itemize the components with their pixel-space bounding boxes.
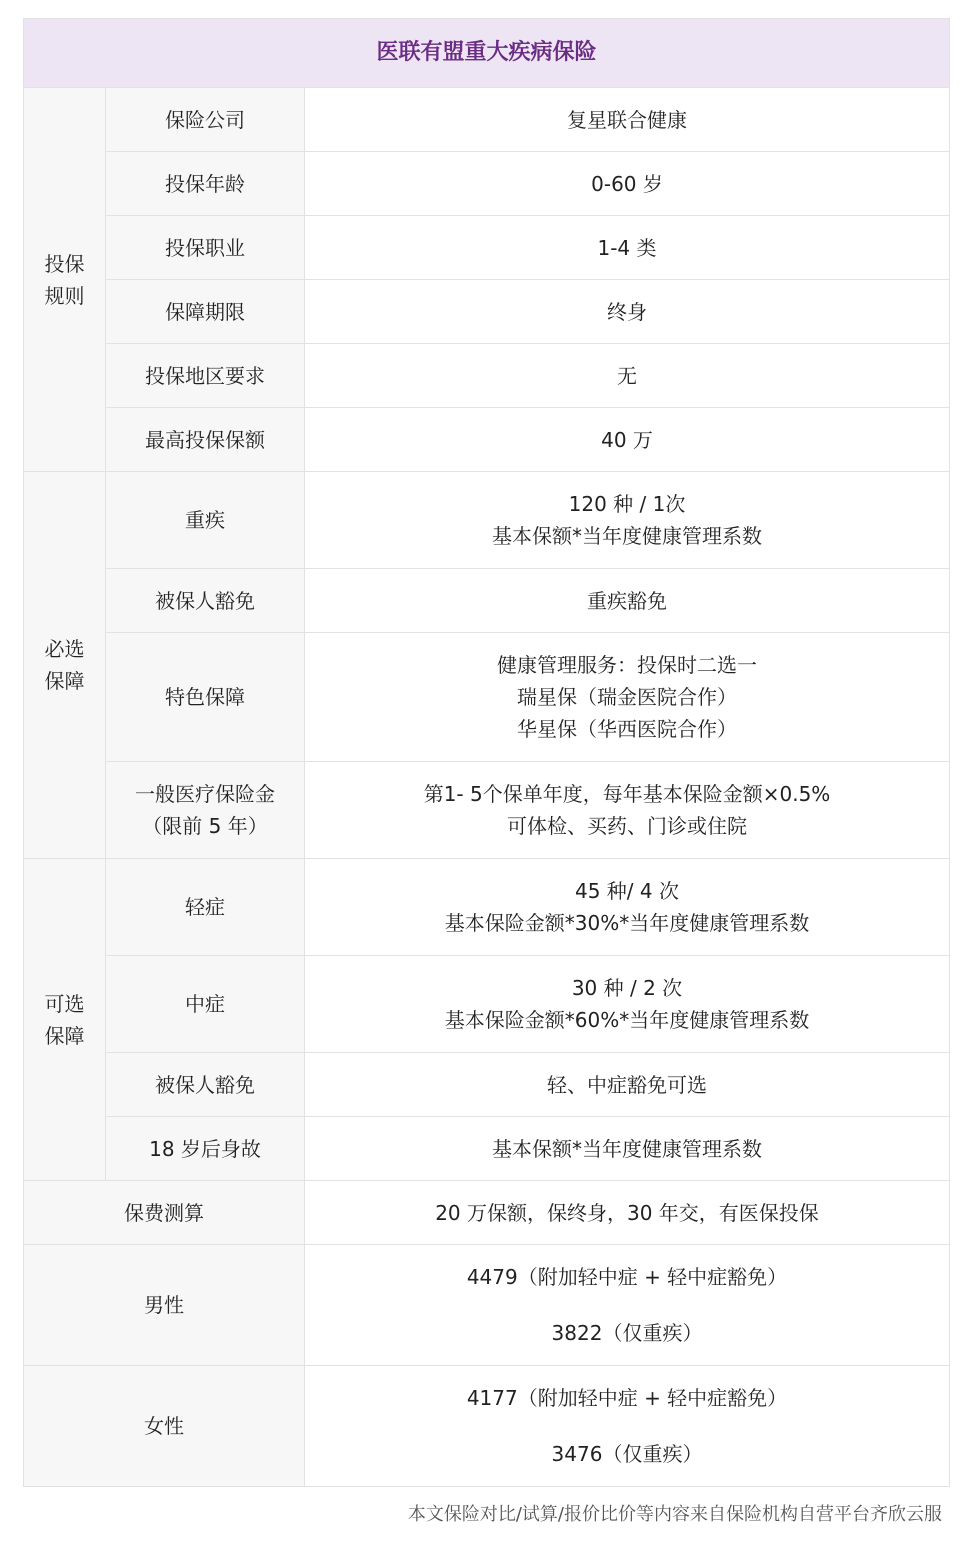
row-value: 重疾豁免 <box>305 569 950 633</box>
row-value: 120 种 / 1次 基本保额*当年度健康管理系数 <box>305 472 950 569</box>
row-value: 30 种 / 2 次 基本保险金额*60%*当年度健康管理系数 <box>305 956 950 1053</box>
row-label: 最高投保保额 <box>106 408 305 472</box>
row-value: 复星联合健康 <box>305 88 950 152</box>
row-value: 0-60 岁 <box>305 152 950 216</box>
row-label: 重疾 <box>106 472 305 569</box>
table-row: 投保地区要求 无 <box>24 344 950 408</box>
source-disclaimer: 本文保险对比/试算/报价比价等内容来自保险机构自营平台齐欣云服 <box>408 1500 942 1526</box>
table-row: 中症 30 种 / 2 次 基本保险金额*60%*当年度健康管理系数 <box>24 956 950 1053</box>
table-row: 特色保障 健康管理服务：投保时二选一 瑞星保（瑞金医院合作） 华星保（华西医院合… <box>24 633 950 762</box>
row-label: 一般医疗保险金 （限前 5 年） <box>106 762 305 859</box>
premium-value: 20 万保额，保终身，30 年交，有医保投保 <box>305 1181 950 1245</box>
row-label: 投保年龄 <box>106 152 305 216</box>
row-label: 保险公司 <box>106 88 305 152</box>
row-value: 第1- 5个保单年度，每年基本保险金额×0.5% 可体检、买药、门诊或住院 <box>305 762 950 859</box>
row-value: 基本保额*当年度健康管理系数 <box>305 1117 950 1181</box>
table-row: 18 岁后身故 基本保额*当年度健康管理系数 <box>24 1117 950 1181</box>
row-value: 1-4 类 <box>305 216 950 280</box>
row-label: 保障期限 <box>106 280 305 344</box>
table-row: 保费测算 20 万保额，保终身，30 年交，有医保投保 <box>24 1181 950 1245</box>
premium-male-value: 4479（附加轻中症 + 轻中症豁免） 3822（仅重疾） <box>305 1245 950 1366</box>
premium-male-label: 男性 <box>24 1245 305 1366</box>
row-value: 45 种/ 4 次 基本保险金额*30%*当年度健康管理系数 <box>305 859 950 956</box>
row-value: 健康管理服务：投保时二选一 瑞星保（瑞金医院合作） 华星保（华西医院合作） <box>305 633 950 762</box>
row-value: 40 万 <box>305 408 950 472</box>
group-label-rules: 投保 规则 <box>24 88 106 472</box>
table-row: 被保人豁免 轻、中症豁免可选 <box>24 1053 950 1117</box>
table-row: 被保人豁免 重疾豁免 <box>24 569 950 633</box>
row-label: 被保人豁免 <box>106 1053 305 1117</box>
row-label: 轻症 <box>106 859 305 956</box>
table-row: 一般医疗保险金 （限前 5 年） 第1- 5个保单年度，每年基本保险金额×0.5… <box>24 762 950 859</box>
table-row: 投保职业 1-4 类 <box>24 216 950 280</box>
row-value: 轻、中症豁免可选 <box>305 1053 950 1117</box>
group-label-optional: 可选 保障 <box>24 859 106 1181</box>
table-row: 投保年龄 0-60 岁 <box>24 152 950 216</box>
row-value: 无 <box>305 344 950 408</box>
table-title: 医联有盟重大疾病保险 <box>24 19 950 88</box>
table-row: 男性 4479（附加轻中症 + 轻中症豁免） 3822（仅重疾） <box>24 1245 950 1366</box>
row-label: 特色保障 <box>106 633 305 762</box>
table-row: 可选 保障 轻症 45 种/ 4 次 基本保险金额*30%*当年度健康管理系数 <box>24 859 950 956</box>
table-row: 保障期限 终身 <box>24 280 950 344</box>
row-label: 投保职业 <box>106 216 305 280</box>
premium-female-label: 女性 <box>24 1366 305 1487</box>
table-row: 投保 规则 保险公司 复星联合健康 <box>24 88 950 152</box>
row-label: 投保地区要求 <box>106 344 305 408</box>
row-label: 中症 <box>106 956 305 1053</box>
row-label: 18 岁后身故 <box>106 1117 305 1181</box>
group-label-required: 必选 保障 <box>24 472 106 859</box>
table-row: 最高投保保额 40 万 <box>24 408 950 472</box>
table-row: 女性 4177（附加轻中症 + 轻中症豁免） 3476（仅重疾） <box>24 1366 950 1487</box>
premium-label: 保费测算 <box>24 1181 305 1245</box>
premium-female-value: 4177（附加轻中症 + 轻中症豁免） 3476（仅重疾） <box>305 1366 950 1487</box>
row-value: 终身 <box>305 280 950 344</box>
table-row: 必选 保障 重疾 120 种 / 1次 基本保额*当年度健康管理系数 <box>24 472 950 569</box>
insurance-comparison-table: 医联有盟重大疾病保险 投保 规则 保险公司 复星联合健康 投保年龄 0-60 岁… <box>23 18 950 1487</box>
row-label: 被保人豁免 <box>106 569 305 633</box>
